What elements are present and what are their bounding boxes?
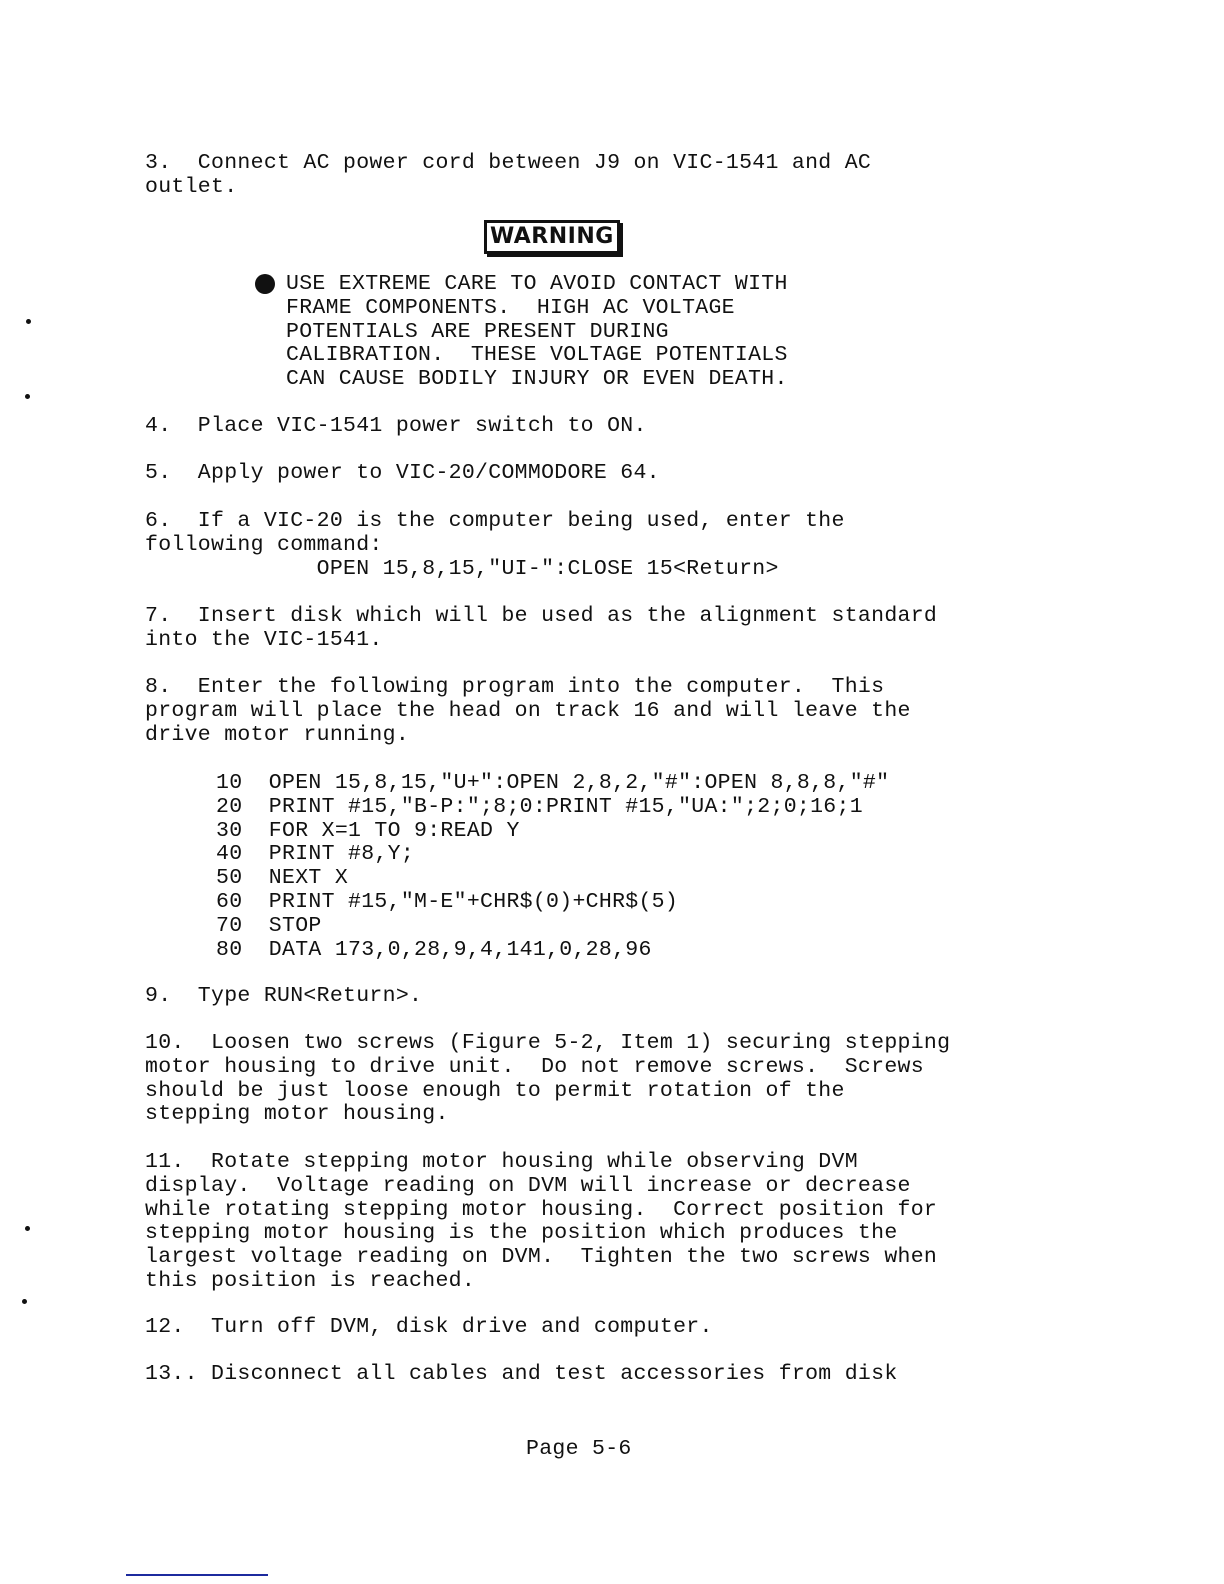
step-8: 8. Enter the following program into the … [145,676,911,747]
binding-hole-mark [26,319,31,324]
step-10: 10. Loosen two screws (Figure 5-2, Item … [145,1032,950,1127]
step-11: 11. Rotate stepping motor housing while … [145,1151,937,1294]
footer-rule [126,1574,268,1576]
step-13: 13.. Disconnect all cables and test acce… [145,1363,898,1387]
step-5: 5. Apply power to VIC-20/COMMODORE 64. [145,462,660,486]
program-listing: 10 OPEN 15,8,15,"U+":OPEN 2,8,2,"#":OPEN… [216,772,889,962]
binding-hole-mark [25,394,30,399]
step-9: 9. Type RUN<Return>. [145,985,422,1009]
page-number: Page 5-6 [526,1438,632,1462]
warning-badge: WARNING [484,220,620,254]
step-4: 4. Place VIC-1541 power switch to ON. [145,415,647,439]
bullet-icon [255,274,275,294]
step-3: 3. Connect AC power cord between J9 on V… [145,152,871,200]
warning-text: USE EXTREME CARE TO AVOID CONTACT WITH F… [286,273,788,392]
step-12: 12. Turn off DVM, disk drive and compute… [145,1316,713,1340]
step-7: 7. Insert disk which will be used as the… [145,605,937,653]
step-6: 6. If a VIC-20 is the computer being use… [145,510,845,581]
binding-hole-mark [22,1299,27,1304]
binding-hole-mark [25,1226,30,1231]
